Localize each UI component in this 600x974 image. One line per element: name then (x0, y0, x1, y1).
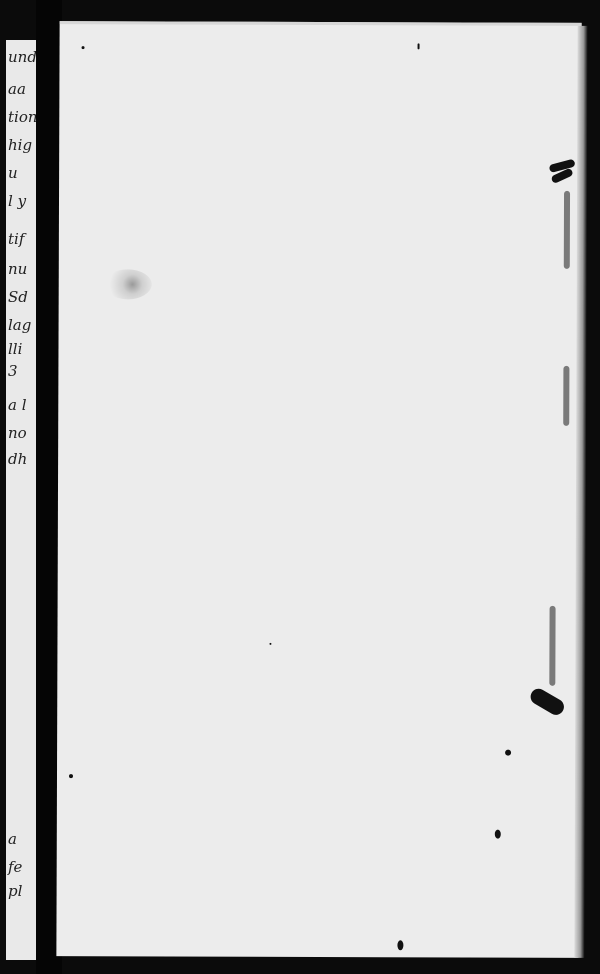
ink-dot (269, 643, 271, 645)
page-edge-wear (549, 606, 555, 686)
handwriting-fragment: hig (8, 136, 32, 154)
handwriting-fragment: a (8, 830, 17, 848)
handwriting-fragment: no (8, 424, 27, 442)
handwriting-fragment: lag (8, 316, 31, 334)
ink-dot (505, 750, 511, 756)
handwriting-fragment: und (8, 48, 36, 66)
binding-clip-mark (528, 686, 567, 718)
handwriting-fragment: tion (8, 108, 36, 126)
handwriting-fragment: aa (8, 80, 26, 98)
ink-dot (495, 830, 501, 839)
handwriting-fragment: Sd (8, 288, 28, 306)
handwriting-fragment: tif (8, 230, 24, 248)
ink-dot (69, 774, 73, 778)
blank-document-page (56, 21, 581, 958)
handwriting-fragment: a l (8, 396, 27, 414)
handwriting-fragment: lli (8, 340, 22, 358)
ink-dot (82, 46, 85, 49)
handwriting-fragment: nu (8, 260, 27, 278)
handwriting-fragment: dh (8, 450, 27, 468)
page-edge-wear (563, 366, 569, 426)
ink-stain (104, 269, 152, 299)
ink-dot (397, 940, 403, 950)
handwriting-fragment: u (8, 164, 18, 182)
handwriting-fragment: l y (8, 192, 26, 210)
ink-dot (418, 43, 420, 49)
handwriting-fragment: 3 (8, 362, 18, 380)
adjacent-page-fragment: undaationhigul ytifnuSdlaglli3a lnodhafe… (6, 40, 36, 960)
handwriting-fragment: fe (8, 858, 22, 876)
page-edge-wear (564, 191, 570, 269)
handwriting-fragment: pl (8, 882, 22, 900)
